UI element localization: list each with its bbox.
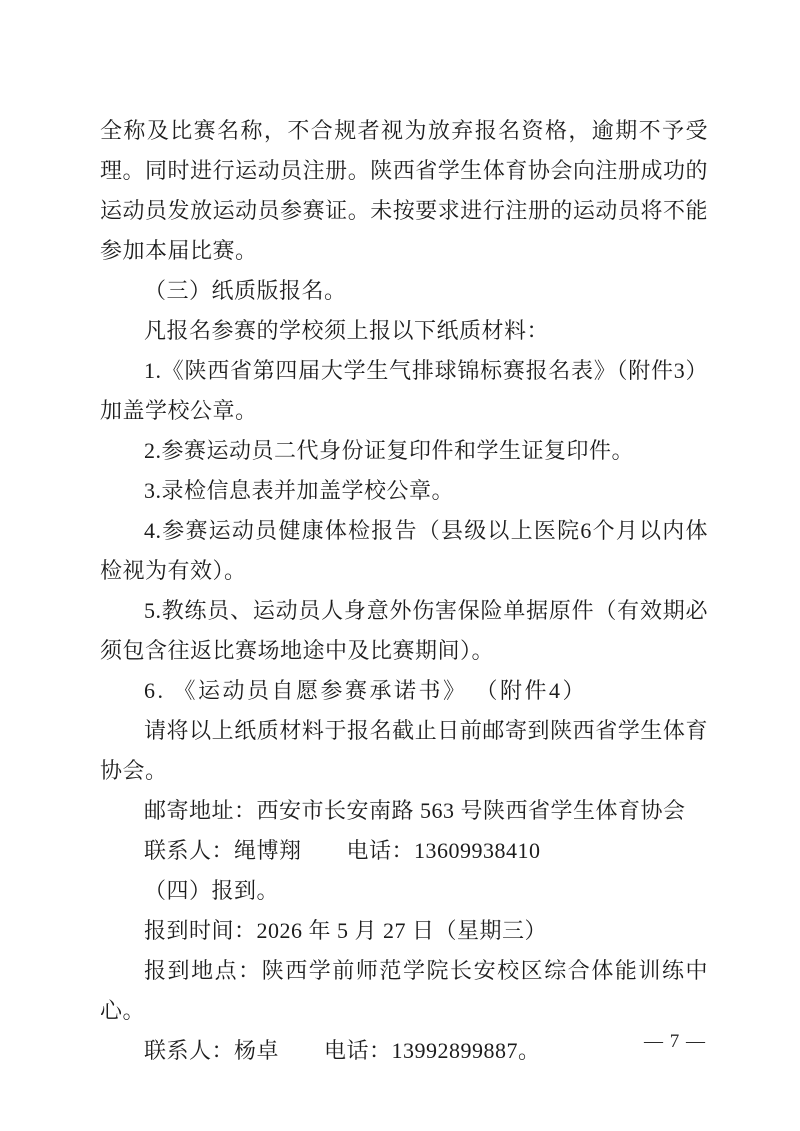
line-mailing-address: 邮寄地址：西安市长安南路 563 号陕西省学生体育协会 [100,791,708,831]
line-contact-registration: 联系人：绳博翔 电话：13609938410 [100,831,708,871]
page-number: — 7 — [644,1030,706,1054]
document-page: 全称及比赛名称，不合规者视为放弃报名资格，逾期不予受理。同时进行运动员注册。陕西… [0,0,800,1131]
heading-section-3: （三）纸质版报名。 [100,271,708,311]
list-item-4: 4.参赛运动员健康体检报告（县级以上医院6个月以内体检视为有效）。 [100,511,708,591]
para-mailing-instruction: 请将以上纸质材料于报名截止日前邮寄到陕西省学生体育协会。 [100,711,708,791]
list-item-3: 3.录检信息表并加盖学校公章。 [100,471,708,511]
document-body: 全称及比赛名称，不合规者视为放弃报名资格，逾期不予受理。同时进行运动员注册。陕西… [100,111,708,1071]
list-item-6: 6. 《运动员自愿参赛承诺书》 （附件4） [100,671,708,711]
line-contact-checkin: 联系人：杨卓 电话：13992899887。 [100,1031,708,1071]
line-checkin-time: 报到时间：2026 年 5 月 27 日（星期三） [100,911,708,951]
para-materials-intro: 凡报名参赛的学校须上报以下纸质材料： [100,311,708,351]
list-item-1: 1.《陕西省第四届大学生气排球锦标赛报名表》（附件3）加盖学校公章。 [100,351,708,431]
list-item-5: 5.教练员、运动员人身意外伤害保险单据原件（有效期必须包含往返比赛场地途中及比赛… [100,591,708,671]
line-checkin-location: 报到地点：陕西学前师范学院长安校区综合体能训练中心。 [100,951,708,1031]
list-item-2: 2.参赛运动员二代身份证复印件和学生证复印件。 [100,431,708,471]
heading-section-4: （四）报到。 [100,871,708,911]
para-continuation: 全称及比赛名称，不合规者视为放弃报名资格，逾期不予受理。同时进行运动员注册。陕西… [100,111,708,271]
